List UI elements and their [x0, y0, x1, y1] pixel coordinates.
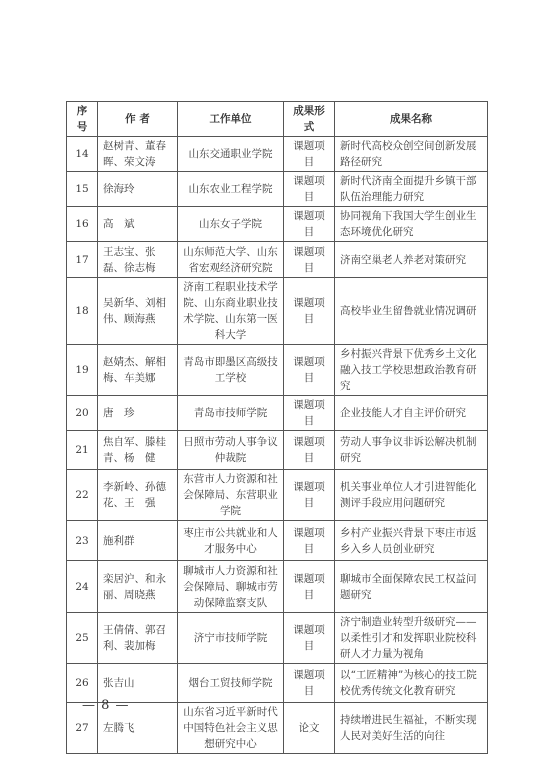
- cell-no: 16: [67, 207, 98, 242]
- cell-unit: 山东省习近平新时代中国特色社会主义思想研究中心: [178, 703, 284, 754]
- cell-no: 25: [67, 613, 98, 664]
- header-form: 成果形式: [284, 102, 335, 137]
- cell-title: 济南空巢老人养老对策研究: [335, 242, 488, 278]
- table-row: 27左腾飞山东省习近平新时代中国特色社会主义思想研究中心论文持续增进民生福祉，不…: [67, 703, 488, 754]
- cell-form: 课题项目: [284, 521, 335, 561]
- cell-form: 课题项目: [284, 613, 335, 664]
- table-row: 20唐 珍青岛市技师学院课题项目企业技能人才自主评价研究: [67, 396, 488, 431]
- table-row: 16高 斌山东女子学院课题项目协同视角下我国大学生创业生态环境优化研究: [67, 207, 488, 242]
- cell-no: 17: [67, 242, 98, 278]
- cell-author: 王志宝、张 磊、徐志梅: [98, 242, 178, 278]
- cell-unit: 山东交通职业学院: [178, 137, 284, 172]
- cell-title: 持续增进民生福祉，不断实现人民对美好生活的向往: [335, 703, 488, 754]
- cell-title: 新时代高校众创空间创新发展路径研究: [335, 137, 488, 172]
- cell-author: 高 斌: [98, 207, 178, 242]
- cell-title: 乡村产业振兴背景下枣庄市返乡入乡人员创业研究: [335, 521, 488, 561]
- cell-form: 课题项目: [284, 345, 335, 396]
- table-row: 19赵婧杰、解相梅、车美娜青岛市即墨区高级技工学校课题项目乡村振兴背景下优秀乡土…: [67, 345, 488, 396]
- cell-no: 24: [67, 561, 98, 613]
- header-no: 序号: [67, 102, 98, 137]
- table-row: 24栾居沪、和永丽、周晓燕聊城市人力资源和社会保障局、聊城市劳动保障监察支队课题…: [67, 561, 488, 613]
- cell-no: 20: [67, 396, 98, 431]
- cell-title: 协同视角下我国大学生创业生态环境优化研究: [335, 207, 488, 242]
- table-row: 22李新岭、孙德花、王 强东营市人力资源和社会保障局、东营职业学院课题项目机关事…: [67, 470, 488, 521]
- cell-title: 以“工匠精神”为核心的技工院校优秀传统文化教育研究: [335, 664, 488, 703]
- cell-title: 企业技能人才自主评价研究: [335, 396, 488, 431]
- cell-no: 19: [67, 345, 98, 396]
- cell-form: 课题项目: [284, 207, 335, 242]
- cell-form: 课题项目: [284, 172, 335, 207]
- cell-unit: 山东师范大学、山东省宏观经济研究院: [178, 242, 284, 278]
- cell-no: 26: [67, 664, 98, 703]
- cell-author: 徐海玲: [98, 172, 178, 207]
- cell-author: 王倩倩、郭召利、裴加梅: [98, 613, 178, 664]
- table-row: 26张吉山烟台工贸技师学院课题项目以“工匠精神”为核心的技工院校优秀传统文化教育…: [67, 664, 488, 703]
- cell-author: 栾居沪、和永丽、周晓燕: [98, 561, 178, 613]
- results-table: 序号 作 者 工作单位 成果形式 成果名称 14赵树青、董春晖、荣文涛山东交通职…: [66, 101, 488, 754]
- cell-unit: 山东农业工程学院: [178, 172, 284, 207]
- cell-no: 23: [67, 521, 98, 561]
- cell-unit: 枣庄市公共就业和人才服务中心: [178, 521, 284, 561]
- table-row: 15徐海玲山东农业工程学院课题项目新时代济南全面提升乡镇干部队伍治理能力研究: [67, 172, 488, 207]
- table-row: 17王志宝、张 磊、徐志梅山东师范大学、山东省宏观经济研究院课题项目济南空巢老人…: [67, 242, 488, 278]
- cell-author: 李新岭、孙德花、王 强: [98, 470, 178, 521]
- cell-form: 课题项目: [284, 242, 335, 278]
- cell-author: 张吉山: [98, 664, 178, 703]
- cell-no: 22: [67, 470, 98, 521]
- table-row: 21焦自军、滕桂青、杨 健日照市劳动人事争议仲裁院课题项目劳动人事争议非诉讼解决…: [67, 431, 488, 470]
- cell-title: 新时代济南全面提升乡镇干部队伍治理能力研究: [335, 172, 488, 207]
- cell-author: 赵婧杰、解相梅、车美娜: [98, 345, 178, 396]
- table-row: 14赵树青、董春晖、荣文涛山东交通职业学院课题项目新时代高校众创空间创新发展路径…: [67, 137, 488, 172]
- cell-author: 唐 珍: [98, 396, 178, 431]
- table-body: 14赵树青、董春晖、荣文涛山东交通职业学院课题项目新时代高校众创空间创新发展路径…: [67, 137, 488, 754]
- cell-unit: 济宁市技师学院: [178, 613, 284, 664]
- cell-title: 机关事业单位人才引进智能化测评手段应用问题研究: [335, 470, 488, 521]
- cell-unit: 烟台工贸技师学院: [178, 664, 284, 703]
- cell-form: 课题项目: [284, 278, 335, 345]
- cell-form: 课题项目: [284, 561, 335, 613]
- cell-unit: 日照市劳动人事争议仲裁院: [178, 431, 284, 470]
- cell-form: 课题项目: [284, 470, 335, 521]
- cell-no: 18: [67, 278, 98, 345]
- cell-title: 济宁制造业转型升级研究——以柔性引才和发挥职业院校科研人才力量为视角: [335, 613, 488, 664]
- header-title: 成果名称: [335, 102, 488, 137]
- cell-form: 课题项目: [284, 664, 335, 703]
- cell-form: 课题项目: [284, 137, 335, 172]
- cell-unit: 青岛市技师学院: [178, 396, 284, 431]
- cell-no: 14: [67, 137, 98, 172]
- table-row: 25王倩倩、郭召利、裴加梅济宁市技师学院课题项目济宁制造业转型升级研究——以柔性…: [67, 613, 488, 664]
- cell-author: 吴新华、刘相伟、顾海燕: [98, 278, 178, 345]
- table-row: 23施利群枣庄市公共就业和人才服务中心课题项目乡村产业振兴背景下枣庄市返乡入乡人…: [67, 521, 488, 561]
- cell-unit: 山东女子学院: [178, 207, 284, 242]
- cell-author: 赵树青、董春晖、荣文涛: [98, 137, 178, 172]
- header-author: 作 者: [98, 102, 178, 137]
- cell-title: 聊城市全面保障农民工权益问题研究: [335, 561, 488, 613]
- cell-title: 高校毕业生留鲁就业情况调研: [335, 278, 488, 345]
- cell-title: 乡村振兴背景下优秀乡土文化融入技工学校思想政治教育研究: [335, 345, 488, 396]
- cell-form: 课题项目: [284, 396, 335, 431]
- cell-title: 劳动人事争议非诉讼解决机制研究: [335, 431, 488, 470]
- cell-unit: 济南工程职业技术学院、山东商业职业技术学院、山东第一医科大学: [178, 278, 284, 345]
- cell-unit: 青岛市即墨区高级技工学校: [178, 345, 284, 396]
- cell-no: 21: [67, 431, 98, 470]
- cell-no: 15: [67, 172, 98, 207]
- cell-unit: 聊城市人力资源和社会保障局、聊城市劳动保障监察支队: [178, 561, 284, 613]
- table-header-row: 序号 作 者 工作单位 成果形式 成果名称: [67, 102, 488, 137]
- cell-unit: 东营市人力资源和社会保障局、东营职业学院: [178, 470, 284, 521]
- cell-author: 焦自军、滕桂青、杨 健: [98, 431, 178, 470]
- header-unit: 工作单位: [178, 102, 284, 137]
- table-row: 18吴新华、刘相伟、顾海燕济南工程职业技术学院、山东商业职业技术学院、山东第一医…: [67, 278, 488, 345]
- cell-author: 施利群: [98, 521, 178, 561]
- cell-form: 论文: [284, 703, 335, 754]
- cell-form: 课题项目: [284, 431, 335, 470]
- page-number: — 8 —: [82, 698, 130, 713]
